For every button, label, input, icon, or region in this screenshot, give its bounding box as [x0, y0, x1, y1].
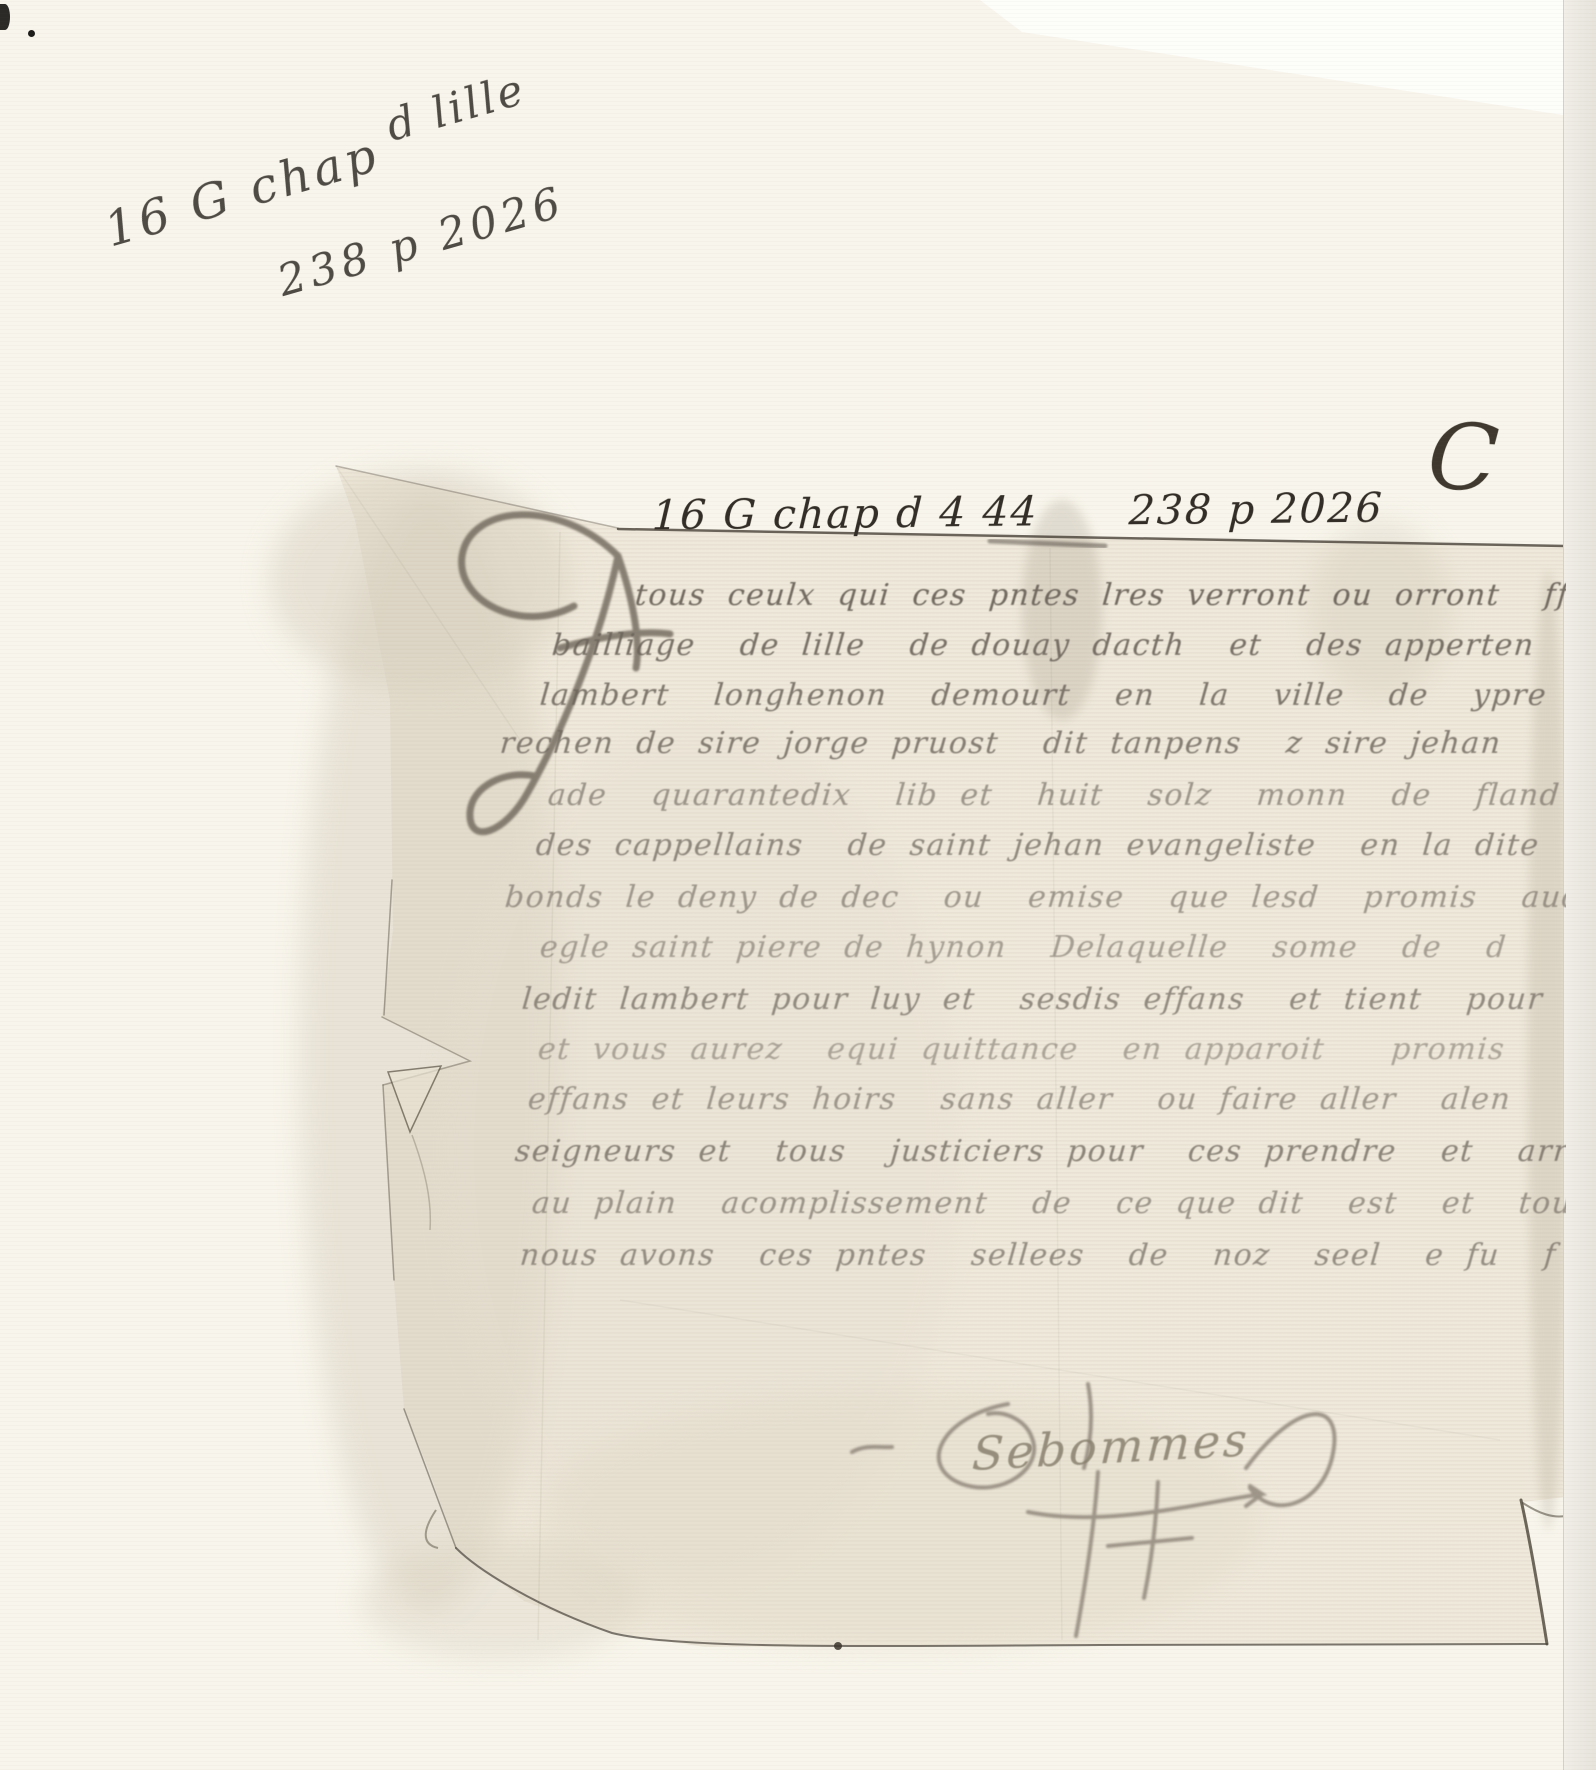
manuscript-line: au plain acomplissement de ce que dit es… — [530, 1186, 1566, 1221]
manuscript-line: bonds le deny de dec ou emise que lesd p… — [503, 880, 1566, 915]
manuscript-line: egle saint piere de hynon Delaquelle som… — [538, 930, 1508, 965]
manuscript-line: lambert longhenon demourt en la ville de… — [538, 678, 1548, 713]
manuscript-line: des cappellains de saint jehan evangelis… — [534, 828, 1541, 863]
manuscript-line: nous avons ces pntes sellees de noz seel… — [518, 1238, 1558, 1273]
page-edge-strip — [1563, 0, 1596, 1770]
manuscript-line: tous ceulx qui ces pntes lres verront ou… — [633, 578, 1566, 613]
signature: Sebommes — [971, 1413, 1251, 1482]
manuscript-line: ledit lambert pour luy et sesdis effans … — [520, 982, 1544, 1017]
manuscript-text-block: tous ceulx qui ces pntes lres verront ou… — [0, 0, 1566, 1770]
manuscript-line: effans et leurs hoirs sans aller ou fair… — [526, 1082, 1512, 1117]
manuscript-line: rechen de sire jorge pruost dit tanpens … — [498, 726, 1503, 761]
scanned-document-page: 16 G chapd lille 238 p 2026 C 16 G chap … — [0, 0, 1596, 1770]
manuscript-line: seigneurs et tous justiciers pour ces pr… — [513, 1134, 1566, 1169]
manuscript-line: bailliage de lille de douay dacth et des… — [550, 628, 1566, 663]
manuscript-line: et vous aurez equi quittance en apparoit… — [536, 1032, 1506, 1067]
manuscript-line: ade quarantedix lib et huit solz monn de… — [546, 778, 1562, 813]
